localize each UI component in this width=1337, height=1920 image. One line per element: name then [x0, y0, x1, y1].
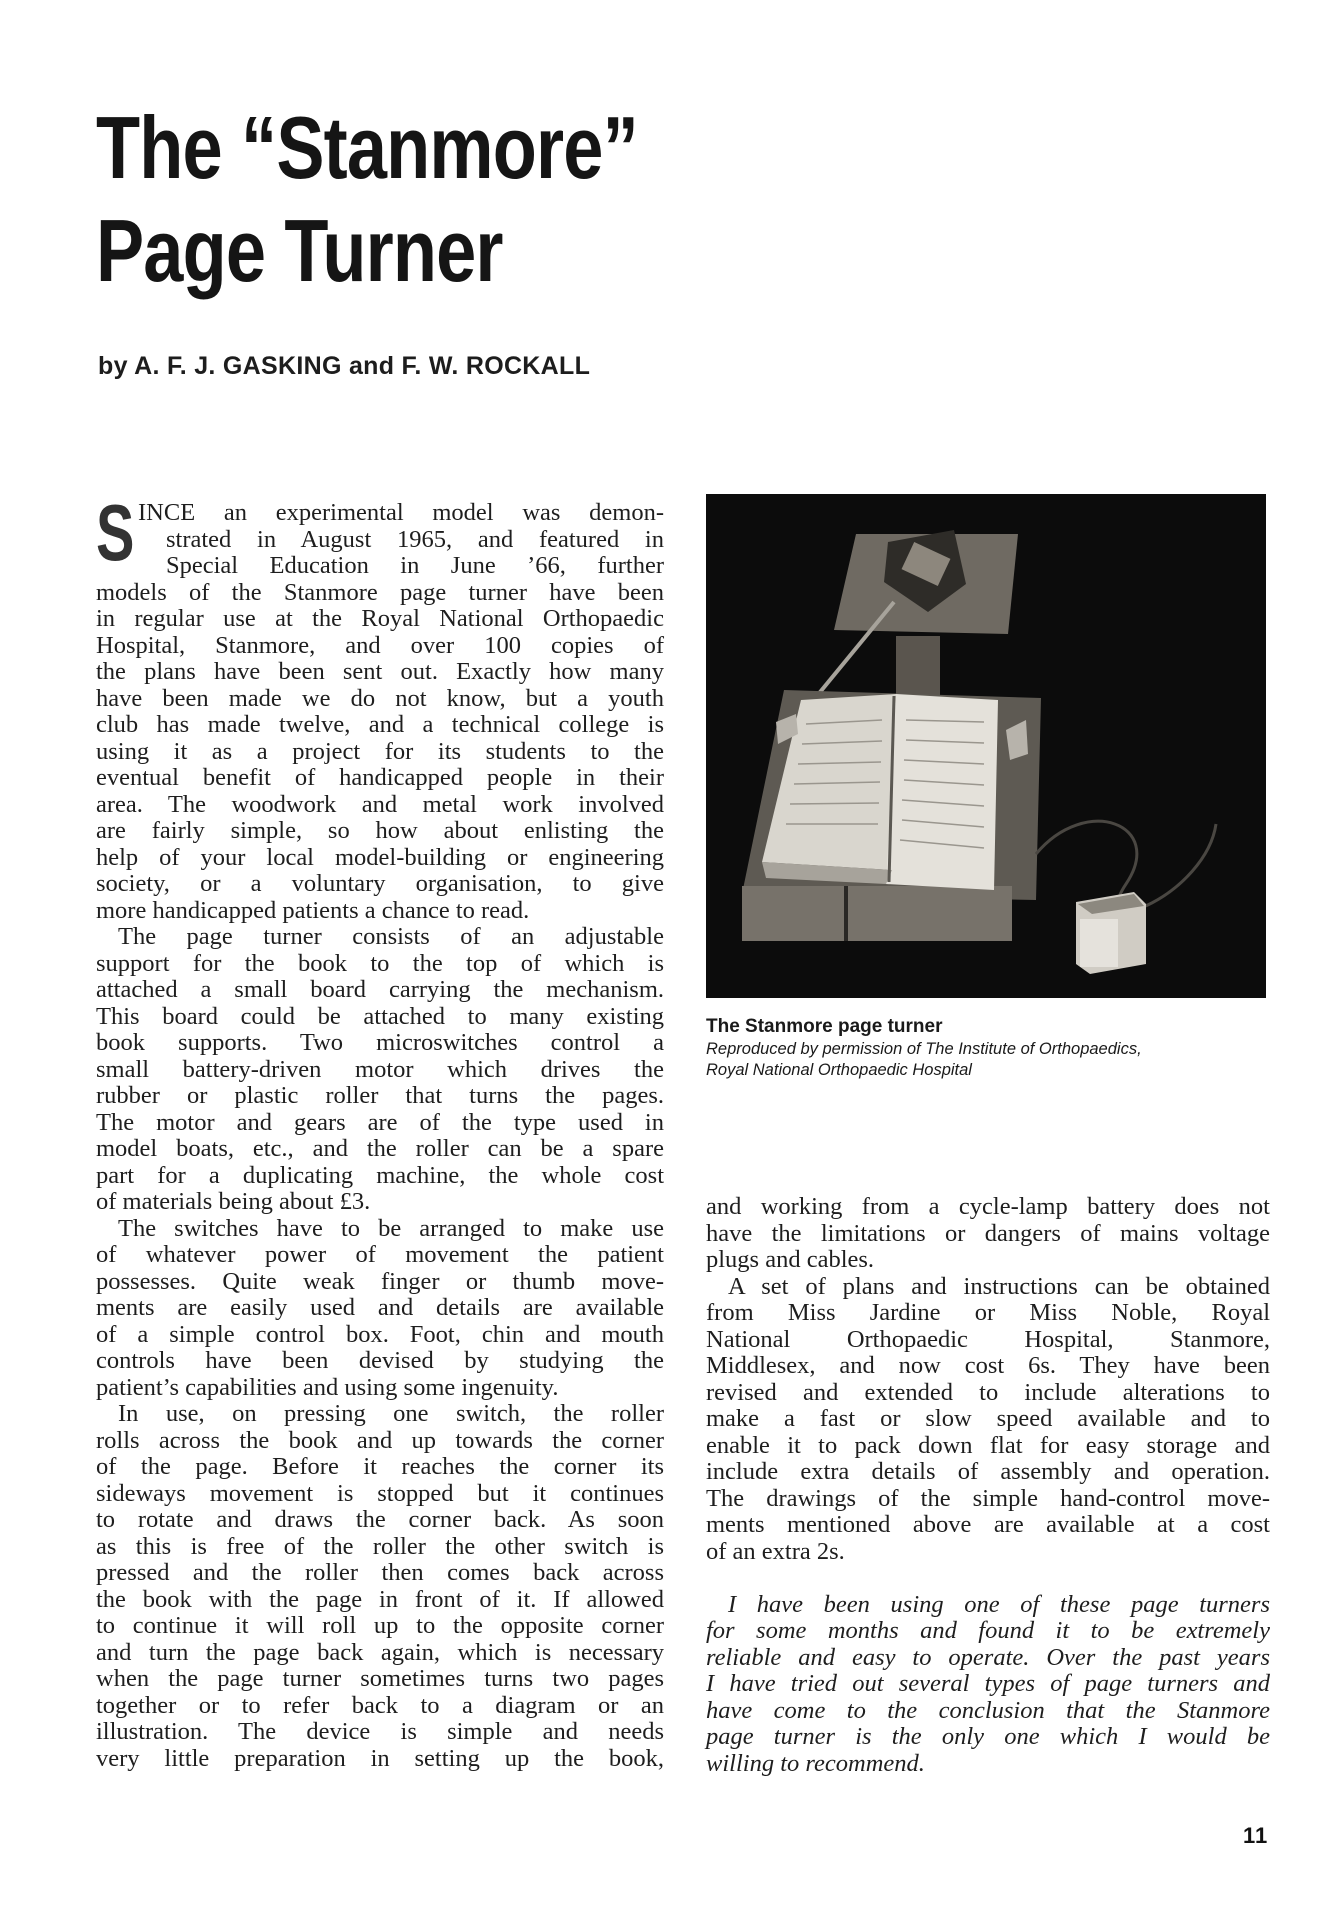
text-line: small battery-driven motor which drives …: [96, 1057, 664, 1084]
text-line: rubber or plastic roller that turns the …: [96, 1083, 664, 1110]
text-line: possesses. Quite weak finger or thumb mo…: [96, 1269, 664, 1296]
text-line: This board could be attached to many exi…: [96, 1004, 664, 1031]
text-line: The switches have to be arranged to make…: [96, 1216, 664, 1243]
text-line: the plans have been sent out. Exactly ho…: [96, 659, 664, 686]
text-line: INCE an experimental model was demon-: [96, 500, 664, 527]
text-line: make a fast or slow speed available and …: [706, 1406, 1270, 1433]
text-line: very little preparation in setting up th…: [96, 1746, 664, 1773]
text-line: plugs and cables.: [706, 1247, 1270, 1274]
text-line: The page turner consists of an adjustabl…: [96, 924, 664, 951]
text-line: of an extra 2s.: [706, 1539, 1270, 1566]
text-line: illustration. The device is simple and n…: [96, 1719, 664, 1746]
testimonial-line: I have been using one of these page turn…: [706, 1592, 1270, 1619]
text-line: book supports. Two microswitches control…: [96, 1030, 664, 1057]
text-line: pressed and the roller then comes back a…: [96, 1560, 664, 1587]
text-line: have been made we do not know, but a you…: [96, 686, 664, 713]
text-line: ments are easily used and details are av…: [96, 1295, 664, 1322]
text-line: and working from a cycle-lamp battery do…: [706, 1194, 1270, 1221]
text-line: controls have been devised by studying t…: [96, 1348, 664, 1375]
text-line: to rotate and draws the corner back. As …: [96, 1507, 664, 1534]
text-line: more handicapped patients a chance to re…: [96, 898, 664, 925]
text-line: sideways movement is stopped but it cont…: [96, 1481, 664, 1508]
text-line: of a simple control box. Foot, chin and …: [96, 1322, 664, 1349]
text-line: society, or a voluntary organisation, to…: [96, 871, 664, 898]
text-line: eventual benefit of handicapped people i…: [96, 765, 664, 792]
text-line: ments mentioned above are available at a…: [706, 1512, 1270, 1539]
photo-caption: The Stanmore page turner Reproduced by p…: [706, 1015, 1266, 1081]
testimonial-line: for some months and found it to be extre…: [706, 1618, 1270, 1645]
text-line: help of your local model-building or eng…: [96, 845, 664, 872]
testimonial-line: page turner is the only one which I woul…: [706, 1724, 1270, 1751]
text-line: part for a duplicating machine, the whol…: [96, 1163, 664, 1190]
text-line: have the limitations or dangers of mains…: [706, 1221, 1270, 1248]
text-line: Special Education in June ’66, further: [96, 553, 664, 580]
text-line: Hospital, Stanmore, and over 100 copies …: [96, 633, 664, 660]
text-line: of materials being about £3.: [96, 1189, 664, 1216]
text-line: and turn the page back again, which is n…: [96, 1640, 664, 1667]
testimonial-line: reliable and easy to operate. Over the p…: [706, 1645, 1270, 1672]
drop-cap: S: [96, 499, 134, 567]
text-line: patient’s capabilities and using some in…: [96, 1375, 664, 1402]
testimonial-line: willing to recommend.: [706, 1751, 1270, 1778]
text-line: attached a small board carrying the mech…: [96, 977, 664, 1004]
caption-credit-line-1: Reproduced by permission of The Institut…: [706, 1039, 1266, 1060]
text-line: are fairly simple, so how about enlistin…: [96, 818, 664, 845]
text-line: The motor and gears are of the type used…: [96, 1110, 664, 1137]
byline: by A. F. J. GASKING and F. W. ROCKALL: [98, 352, 590, 381]
text-line: area. The woodwork and metal work involv…: [96, 792, 664, 819]
testimonial-line: I have tried out several types of page t…: [706, 1671, 1270, 1698]
title-line-2: Page Turner: [96, 199, 638, 302]
page-turner-photo: [706, 494, 1266, 998]
text-line: strated in August 1965, and featured in: [96, 527, 664, 554]
right-column: and working from a cycle-lamp battery do…: [706, 1194, 1270, 1777]
paragraph-gap: [706, 1565, 1270, 1592]
caption-title: The Stanmore page turner: [706, 1015, 1266, 1039]
text-line: together or to refer back to a diagram o…: [96, 1693, 664, 1720]
text-line: support for the book to the top of which…: [96, 951, 664, 978]
text-line: using it as a project for its students t…: [96, 739, 664, 766]
text-line: rolls across the book and up towards the…: [96, 1428, 664, 1455]
text-line: the book with the page in front of it. I…: [96, 1587, 664, 1614]
text-line: when the page turner sometimes turns two…: [96, 1666, 664, 1693]
text-line: revised and extended to include alterati…: [706, 1380, 1270, 1407]
text-line: enable it to pack down flat for easy sto…: [706, 1433, 1270, 1460]
caption-credit-line-2: Royal National Orthopaedic Hospital: [706, 1060, 1266, 1081]
text-line: of whatever power of movement the patien…: [96, 1242, 664, 1269]
testimonial-line: have come to the conclusion that the Sta…: [706, 1698, 1270, 1725]
left-column: S INCE an experimental model was demon- …: [96, 500, 664, 1772]
text-line: to continue it will roll up to the oppos…: [96, 1613, 664, 1640]
text-line: In use, on pressing one switch, the roll…: [96, 1401, 664, 1428]
text-line: as this is free of the roller the other …: [96, 1534, 664, 1561]
text-line: A set of plans and instructions can be o…: [706, 1274, 1270, 1301]
text-line: National Orthopaedic Hospital, Stanmore,: [706, 1327, 1270, 1354]
text-line: club has made twelve, and a technical co…: [96, 712, 664, 739]
text-line: models of the Stanmore page turner have …: [96, 580, 664, 607]
photo-illustration: [706, 494, 1266, 998]
testimonial: I have been using one of these page turn…: [706, 1592, 1270, 1778]
title-line-1: The “Stanmore”: [96, 96, 638, 199]
text-line: model boats, etc., and the roller can be…: [96, 1136, 664, 1163]
page-number: 11: [1243, 1823, 1268, 1849]
text-line: of the page. Before it reaches the corne…: [96, 1454, 664, 1481]
text-line: include extra details of assembly and op…: [706, 1459, 1270, 1486]
text-line: The drawings of the simple hand-control …: [706, 1486, 1270, 1513]
article-title: The “Stanmore” Page Turner: [96, 96, 638, 302]
text-line: in regular use at the Royal National Ort…: [96, 606, 664, 633]
text-line: Middlesex, and now cost 6s. They have be…: [706, 1353, 1270, 1380]
text-line: from Miss Jardine or Miss Noble, Royal: [706, 1300, 1270, 1327]
